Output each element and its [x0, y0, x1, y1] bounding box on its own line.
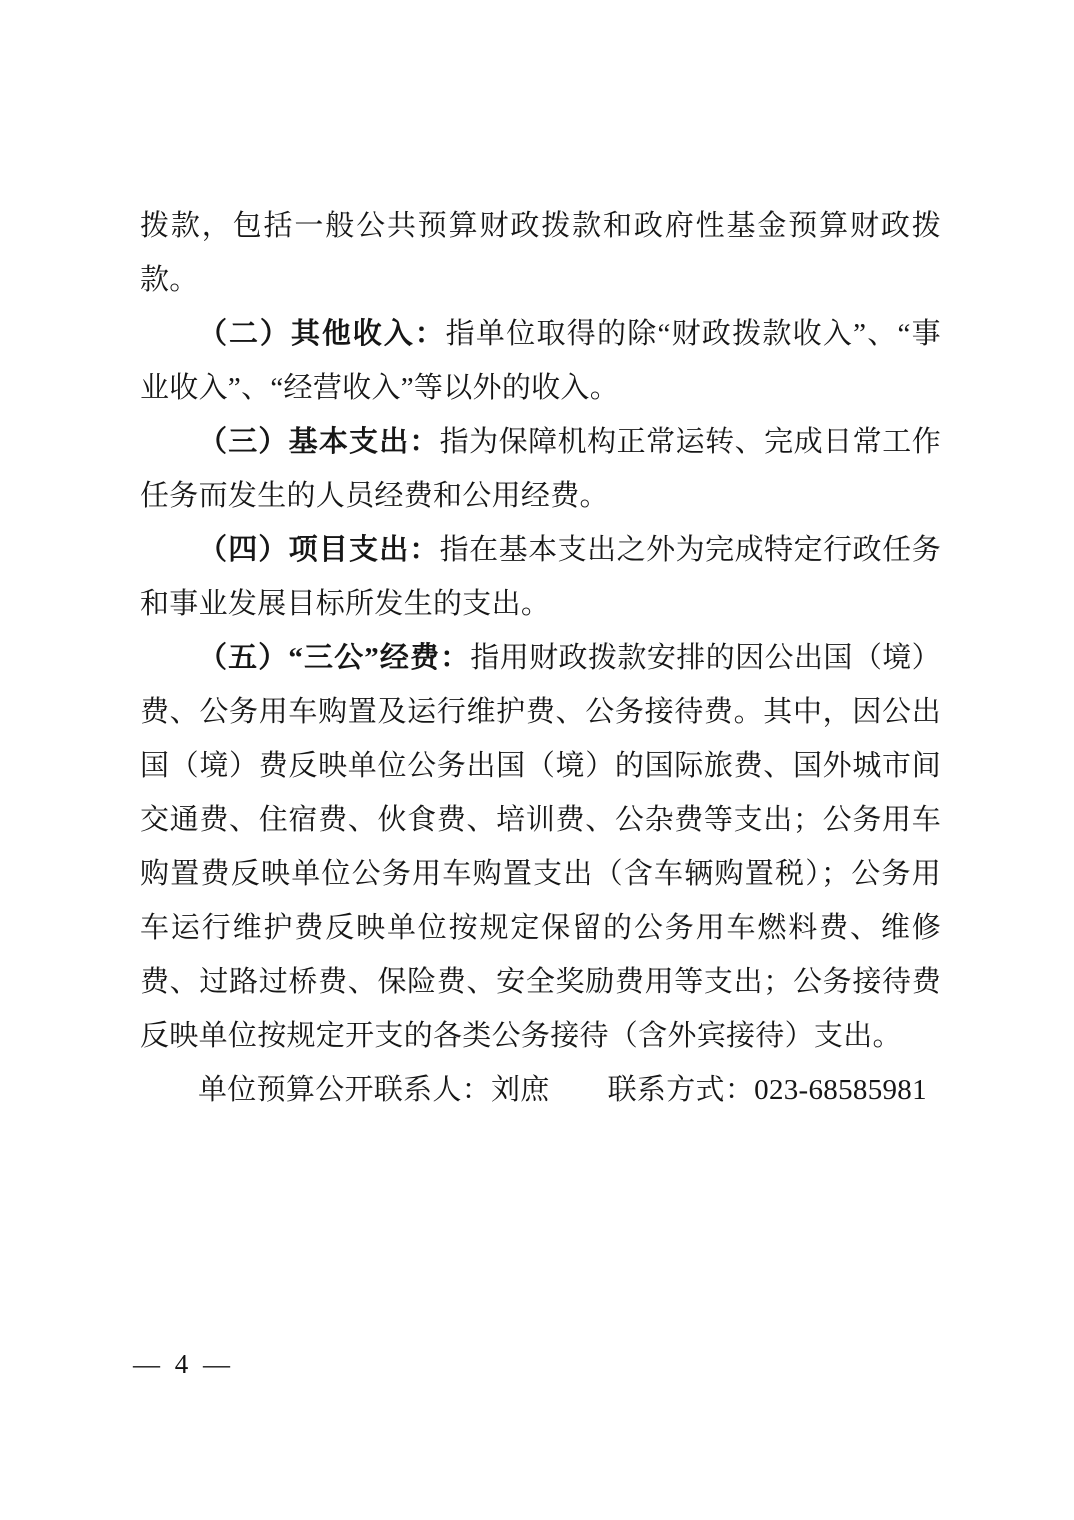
paragraph-fiscal-appropriation-continuation: 拨款，包括一般公共预算财政拨款和政府性基金预算财政拨款。	[140, 199, 941, 307]
paragraph-body: 拨款，包括一般公共预算财政拨款和政府性基金预算财政拨款。	[140, 210, 941, 296]
paragraph-other-income: （二）其他收入：指单位取得的除“财政拨款收入”、“事业收入”、“经营收入”等以外…	[140, 307, 941, 415]
paragraph-basic-expenditure: （三）基本支出：指为保障机构正常运转、完成日常工作任务而发生的人员经费和公用经费…	[140, 415, 941, 523]
paragraph-lead: （三）基本支出：	[198, 426, 440, 458]
contact-phone: 023-68585981	[754, 1074, 927, 1106]
contact-line: 单位预算公开联系人：刘庶联系方式：023-68585981	[140, 1063, 941, 1117]
contact-person-label: 单位预算公开联系人：	[198, 1074, 491, 1106]
contact-person-name: 刘庶	[491, 1074, 550, 1106]
document-page: 拨款，包括一般公共预算财政拨款和政府性基金预算财政拨款。 （二）其他收入：指单位…	[0, 0, 1074, 1520]
document-body: 拨款，包括一般公共预算财政拨款和政府性基金预算财政拨款。 （二）其他收入：指单位…	[140, 199, 941, 1117]
paragraph-body: 指用财政拨款安排的因公出国（境）费、公务用车购置及运行维护费、公务接待费。其中，…	[140, 642, 941, 1052]
paragraph-project-expenditure: （四）项目支出：指在基本支出之外为完成特定行政任务和事业发展目标所发生的支出。	[140, 523, 941, 631]
paragraph-lead: （四）项目支出：	[198, 534, 440, 566]
paragraph-lead: （二）其他收入：	[198, 318, 446, 350]
paragraph-three-public-funds: （五）“三公”经费：指用财政拨款安排的因公出国（境）费、公务用车购置及运行维护费…	[140, 631, 941, 1063]
page-number: — 4 —	[133, 1349, 234, 1380]
paragraph-lead: （五）“三公”经费：	[198, 642, 470, 674]
contact-method-label: 联系方式：	[608, 1074, 755, 1106]
